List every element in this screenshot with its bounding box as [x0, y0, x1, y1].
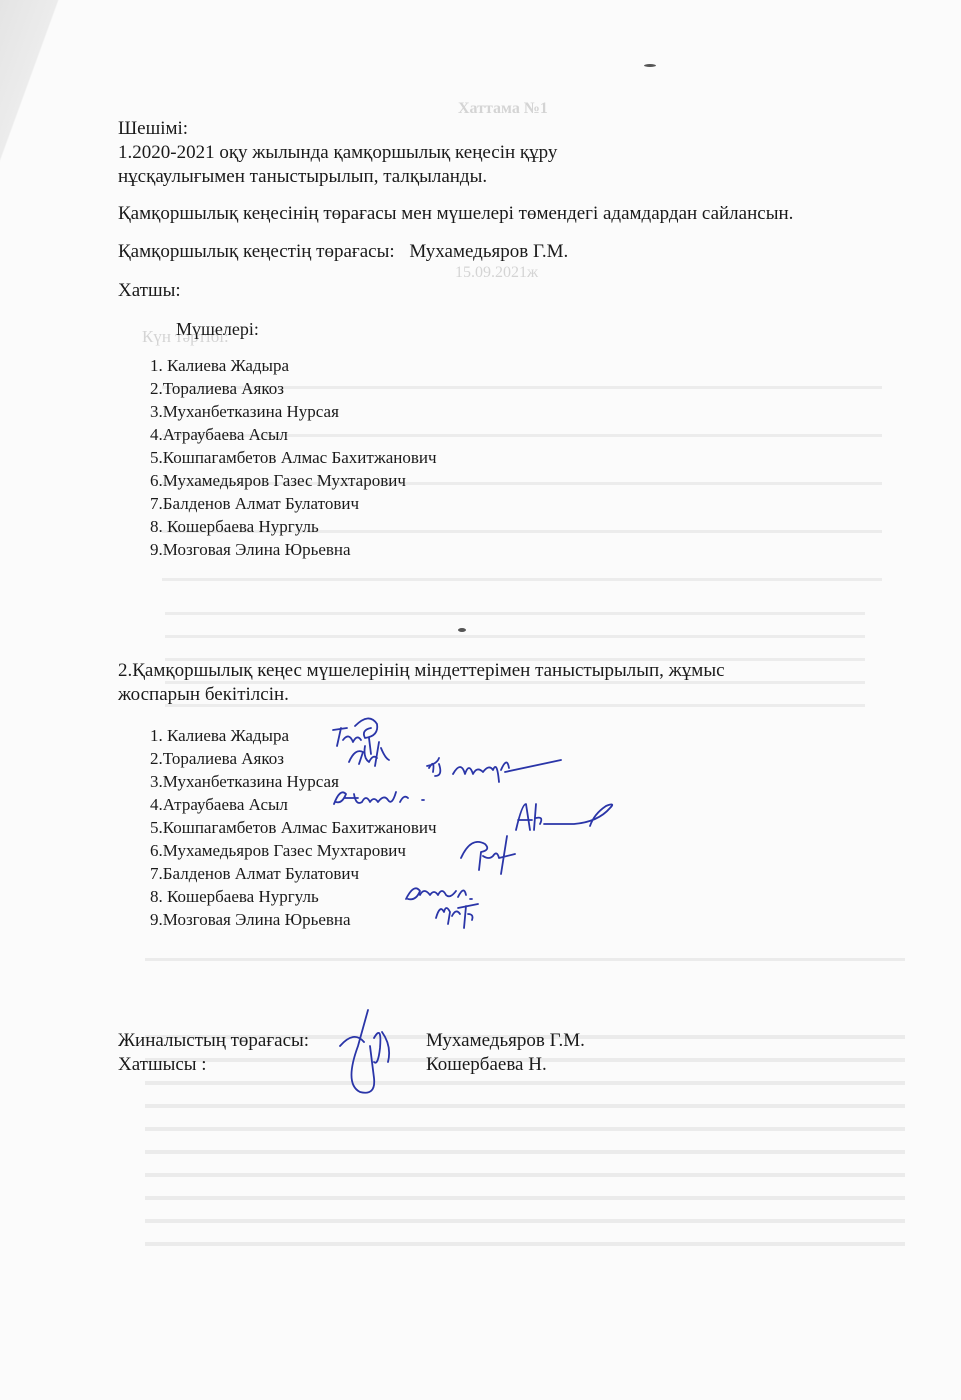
member-item: 3.Муханбетказина Нурсая	[150, 400, 437, 423]
signature-5-icon	[510, 800, 620, 834]
member-item: 2.Торалиева Аякоз	[150, 377, 437, 400]
chair-name: Мухамедьяров Г.М.	[409, 241, 568, 262]
members-list: 1. Калиева Жадыра 2.Торалиева Аякоз 3.Му…	[150, 354, 437, 561]
meeting-chair-name: Мухамедьяров Г.М.	[426, 1030, 585, 1052]
chair-label: Қамқоршылық кеңестің төрағасы:	[118, 241, 395, 262]
member-item: 6.Мухамедьяров Газес Мухтарович	[150, 469, 437, 492]
member-item: 4.Атраубаева Асыл	[150, 423, 437, 446]
chair-row: Қамқоршылық кеңестің төрағасы: Мухамедья…	[118, 241, 568, 263]
election-statement: Қамқоршылық кеңесінің төрағасы мен мүшел…	[118, 203, 793, 225]
signed-member-item: 1. Калиева Жадыра	[150, 724, 437, 747]
meeting-chair-label: Жиналыстың төрағасы:	[118, 1030, 309, 1052]
page-corner-fold	[0, 0, 75, 190]
signed-member-item: 8. Кошербаева Нургуль	[150, 885, 437, 908]
member-item: 1. Калиева Жадыра	[150, 354, 437, 377]
chair-signature-icon	[330, 1006, 400, 1098]
item2-line1: 2.Қамқоршылық кеңес мүшелерінің міндетте…	[118, 660, 725, 682]
signed-member-item: 3.Муханбетказина Нурсая	[150, 770, 437, 793]
bleed-through-lines-lower	[145, 948, 905, 988]
item1-line1: 1.2020-2021 оқу жылында қамқоршылық кеңе…	[118, 142, 557, 164]
secretary-label: Хатшы:	[118, 280, 181, 302]
footer-secretary-name: Кошербаева Н.	[426, 1054, 547, 1076]
member-item: 7.Балденов Алмат Булатович	[150, 492, 437, 515]
signature-6-icon	[455, 830, 525, 880]
item2-line2: жоспарын бекітілсін.	[118, 684, 289, 706]
signed-members-list: 1. Калиева Жадыра 2.Торалиева Аякоз 3.Му…	[150, 724, 437, 931]
signed-member-item: 6.Мухамедьяров Газес Мухтарович	[150, 839, 437, 862]
bleed-through-date: 15.09.2021ж	[455, 264, 538, 282]
members-label: Мүшелері:	[176, 318, 259, 340]
member-item: 9.Мозговая Элина Юрьевна	[150, 538, 437, 561]
signed-member-item: 7.Балденов Алмат Булатович	[150, 862, 437, 885]
member-item: 8. Кошербаева Нургуль	[150, 515, 437, 538]
item1-line2: нұсқаулығымен таныстырылып, талқыланды.	[118, 166, 487, 188]
bleed-through-title: Хаттама №1	[458, 100, 548, 118]
speck	[458, 628, 466, 632]
signature-9-icon	[432, 898, 482, 932]
signed-member-item: 9.Мозговая Элина Юрьевна	[150, 908, 437, 931]
signed-member-item: 2.Торалиева Аякоз	[150, 747, 437, 770]
signed-member-item: 5.Кошпагамбетов Алмас Бахитжанович	[150, 816, 437, 839]
speck	[644, 64, 656, 67]
member-item: 5.Кошпагамбетов Алмас Бахитжанович	[150, 446, 437, 469]
footer-secretary-label: Хатшысы :	[118, 1054, 207, 1076]
signed-member-item: 4.Атраубаева Асыл	[150, 793, 437, 816]
decision-heading: Шешімі:	[118, 118, 188, 140]
signature-3-icon	[425, 752, 565, 786]
